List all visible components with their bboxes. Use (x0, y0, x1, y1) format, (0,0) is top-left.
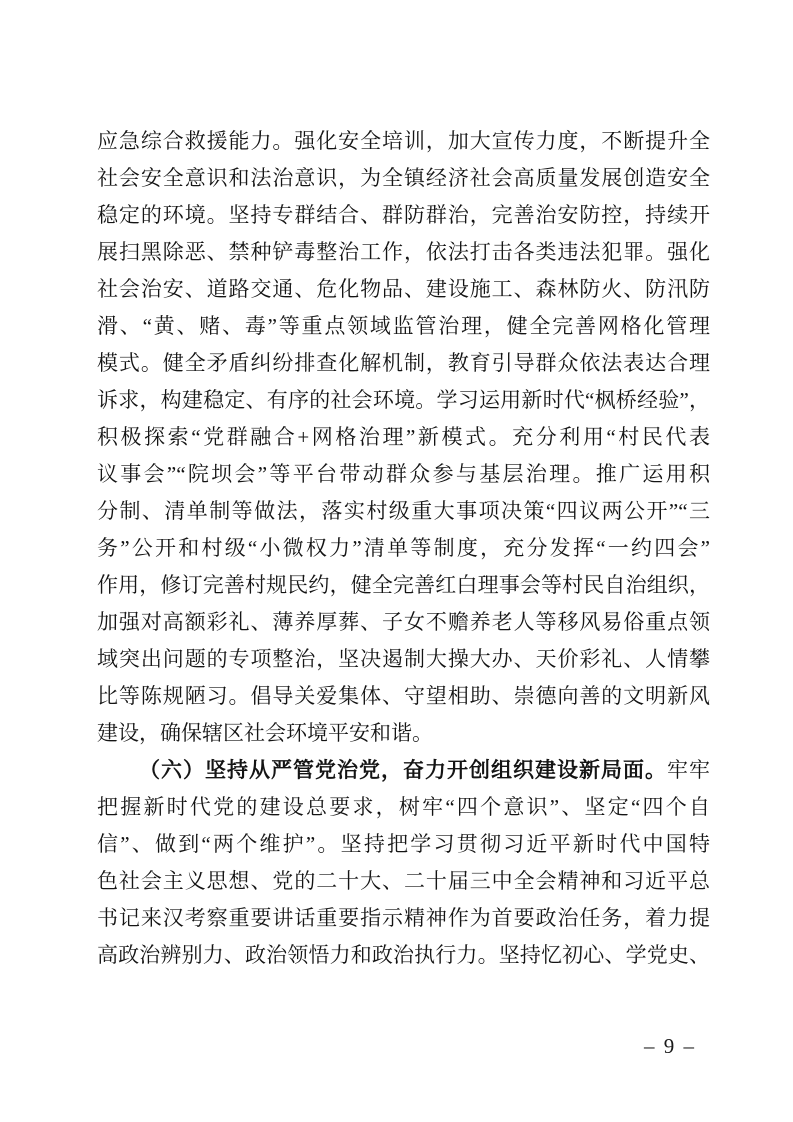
text-line: 高政治辨别力、政治领悟力和政治执行力。坚持忆初心、学党史、 (97, 937, 710, 974)
text-line: 分制、清单制等做法，落实村级重大事项决策“四议两公开”“三 (97, 493, 710, 530)
text-line: 把握新时代党的建设总要求，树牢“四个意识”、坚定“四个自 (97, 789, 710, 826)
text-line: 加强对高额彩礼、薄养厚葬、子女不赡养老人等移风易俗重点领 (97, 604, 710, 641)
text-line: 稳定的环境。坚持专群结合、群防群治，完善治安防控，持续开 (97, 197, 710, 234)
text-line: 书记来汉考察重要讲话重要指示精神作为首要政治任务，着力提 (97, 900, 710, 937)
page-number: – 9 – (615, 1034, 725, 1059)
text-line: 比等陈规陋习。倡导关爱集体、守望相助、崇德向善的文明新风 (97, 678, 710, 715)
text-line: 域突出问题的专项整治，坚决遏制大操大办、天价彩礼、人情攀 (97, 641, 710, 678)
text-line: 模式。健全矛盾纠纷排查化解机制，教育引导群众依法表达合理 (97, 345, 710, 382)
text-line: 诉求，构建稳定、有序的社会环境。学习运用新时代“枫桥经验”， (97, 382, 710, 419)
text-line: 应急综合救援能力。强化安全培训，加大宣传力度，不断提升全 (97, 123, 710, 160)
text-block: 应急综合救援能力。强化安全培训，加大宣传力度，不断提升全 社会安全意识和法治意识… (97, 123, 710, 974)
text-line: 议事会”“院坝会”等平台带动群众参与基层治理。推广运用积 (97, 456, 710, 493)
section-heading: （六）坚持从严管党治党，奋力开创组织建设新局面。 (139, 758, 667, 782)
text-line: 作用，修订完善村规民约，健全完善红白理事会等村民自治组织， (97, 567, 710, 604)
text-line: （六）坚持从严管党治党，奋力开创组织建设新局面。牢牢 (97, 752, 710, 789)
text-line: 色社会主义思想、党的二十大、二十届三中全会精神和习近平总 (97, 863, 710, 900)
text-line: 展扫黑除恶、禁种铲毒整治工作，依法打击各类违法犯罪。强化 (97, 234, 710, 271)
document-page: 应急综合救援能力。强化安全培训，加大宣传力度，不断提升全 社会安全意识和法治意识… (0, 0, 793, 1122)
text-line: 信”、做到“两个维护”。坚持把学习贯彻习近平新时代中国特 (97, 826, 710, 863)
text-line: 滑、“黄、赌、毒”等重点领域监管治理，健全完善网格化管理 (97, 308, 710, 345)
text-run: 牢牢 (667, 758, 710, 782)
text-line: 积极探索“党群融合+网格治理”新模式。充分利用“村民代表 (97, 419, 710, 456)
text-line: 务”公开和村级“小微权力”清单等制度，充分发挥“一约四会” (97, 530, 710, 567)
text-line: 社会安全意识和法治意识，为全镇经济社会高质量发展创造安全 (97, 160, 710, 197)
text-line: 社会治安、道路交通、危化物品、建设施工、森林防火、防汛防 (97, 271, 710, 308)
text-line: 建设，确保辖区社会环境平安和谐。 (97, 715, 710, 752)
